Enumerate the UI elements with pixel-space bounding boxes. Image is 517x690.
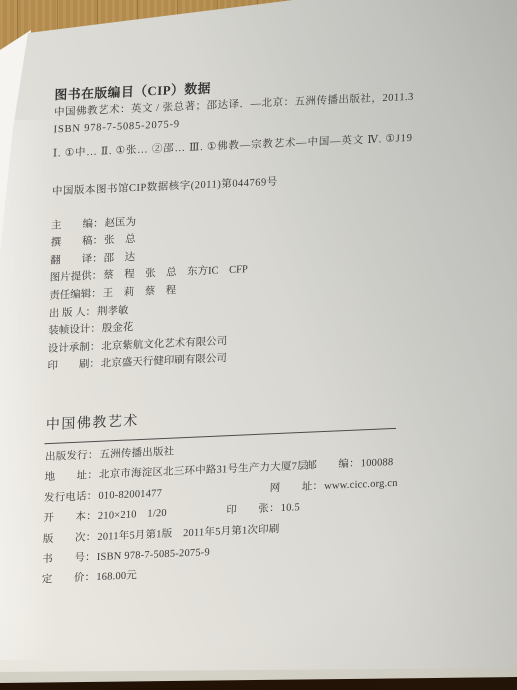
colophon-value2: 10.5 [281, 503, 300, 514]
credits-block: 主 编：赵匡为 撰 稿：张 总 翻 译：邵 达 图片提供：蔡 程 张 总 东方I… [47, 209, 249, 376]
credit-value: 王 莉 蔡 程 [103, 286, 177, 300]
cip-classification: Ⅰ. ①中… Ⅱ. ①张… ②邵… Ⅲ. ①佛教—宗教艺术—中国—英文 Ⅳ. ①… [53, 134, 413, 160]
printed-content: 图书在版编目（CIP）数据 中国佛教艺术：英文 / 张总著；邵达译．—北京：五洲… [24, 19, 509, 641]
colophon-label: 版 次： [43, 533, 97, 546]
book-title: 中国佛教艺术 [46, 415, 139, 433]
credit-label: 出 版 人： [49, 307, 96, 320]
credit-label: 图片提供： [50, 272, 103, 285]
colophon-value: 168.00元 [96, 572, 137, 584]
colophon-value2: www.cicc.org.cn [324, 479, 398, 493]
credit-value: 邵 达 [103, 253, 135, 265]
colophon-value: 010-82001477 [98, 489, 162, 502]
photo-scene: 图书在版编目（CIP）数据 中国佛教艺术：英文 / 张总著；邵达译．—北京：五洲… [0, 0, 517, 690]
credit-value: 殷金花 [102, 323, 134, 335]
cip-registry-number: 中国版本图书馆CIP数据核字(2011)第044769号 [52, 178, 278, 198]
cip-isbn: ISBN 978-7-5085-2075-9 [53, 120, 180, 136]
credit-label: 撰 稿： [50, 237, 103, 250]
colophon-block: 出版发行：五洲传播出版社 地 址：北京市海淀区北三环中路31号生产力大厦7层 邮… [42, 429, 475, 591]
colophon-label: 地 址： [44, 471, 98, 484]
colophon-label2: 印 张： [226, 504, 280, 517]
colophon-label: 发行电话： [44, 492, 98, 505]
colophon-label2: 网 址： [270, 482, 324, 495]
credit-value: 北京紫航文化艺术有限公司 [101, 337, 227, 353]
copyright-page: 图书在版编目（CIP）数据 中国佛教艺术：英文 / 张总著；邵达译．—北京：五洲… [0, 0, 517, 690]
cip-heading: 图书在版编目（CIP）数据 [54, 83, 211, 103]
credit-label: 主 编： [51, 219, 104, 232]
credit-value: 北京盛天行健印刷有限公司 [101, 354, 227, 370]
colophon-label: 书 号： [42, 553, 96, 566]
credit-value: 荆孝敏 [97, 306, 129, 318]
credit-value: 张 总 [104, 235, 136, 247]
credit-label: 设计承制： [48, 342, 101, 355]
colophon-value: ISBN 978-7-5085-2075-9 [97, 548, 210, 563]
credit-label: 装帧设计： [48, 325, 101, 338]
credit-value: 赵匡为 [104, 218, 136, 230]
colophon-label: 定 价： [42, 573, 96, 586]
colophon-label: 出版发行： [45, 451, 99, 464]
colophon-value2: 100088 [361, 458, 394, 470]
credit-label: 印 刷： [47, 360, 100, 373]
colophon-label2: 邮 编： [306, 460, 360, 473]
credit-label: 责任编辑： [49, 289, 102, 302]
colophon-label: 开 本： [43, 512, 97, 525]
credit-label: 翻 译： [50, 254, 103, 267]
colophon-value: 五洲传播出版社 [99, 447, 174, 461]
colophon-value: 210×210 1/20 [98, 509, 167, 523]
